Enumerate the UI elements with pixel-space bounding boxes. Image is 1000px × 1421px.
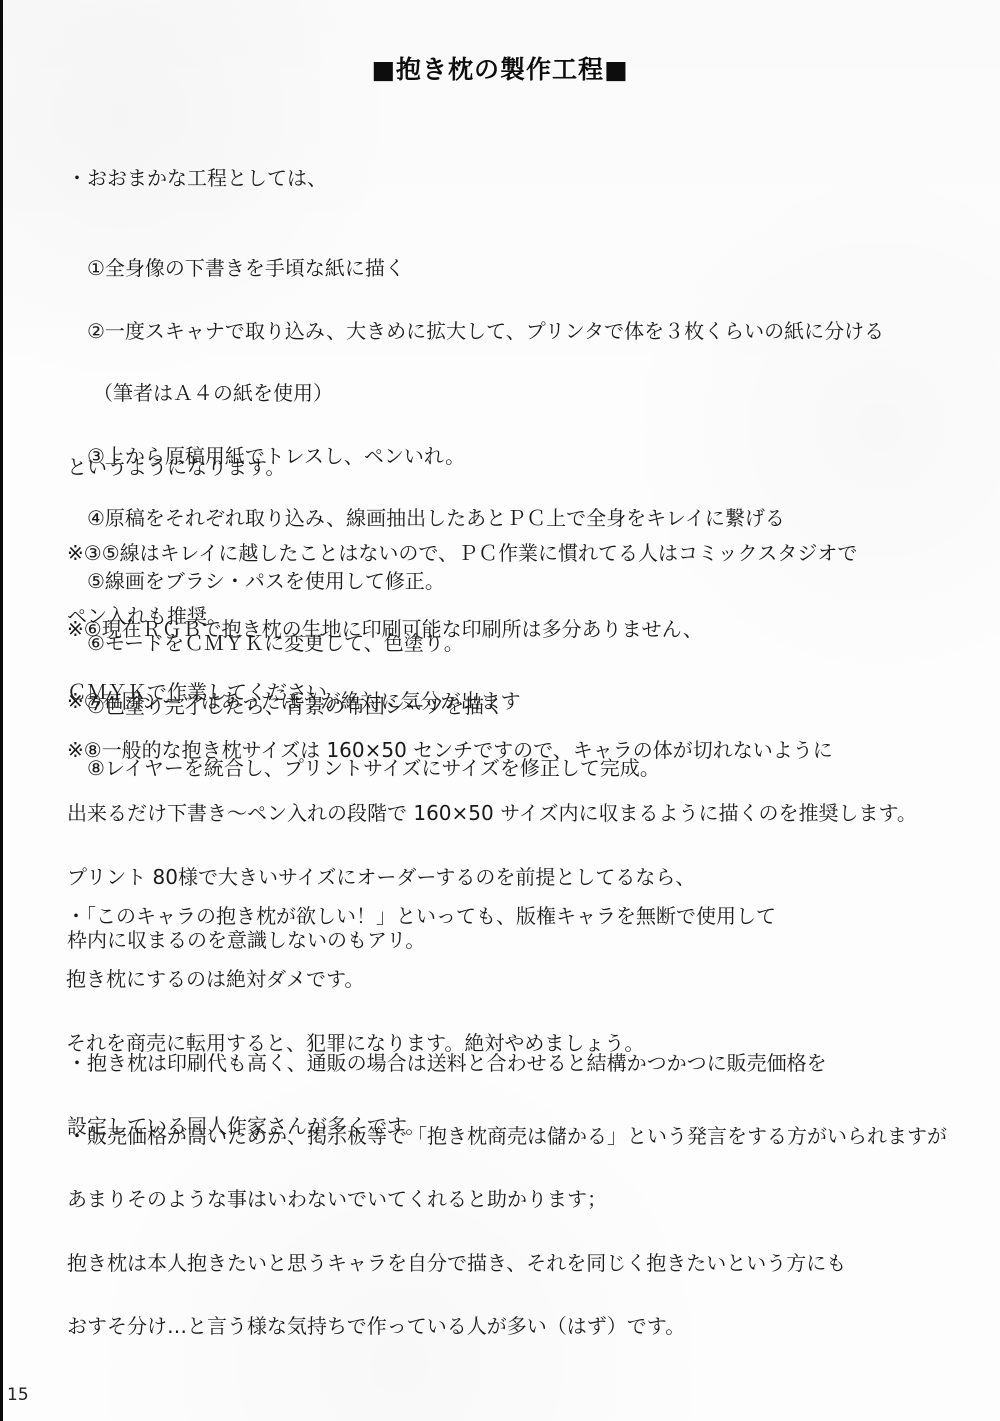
note-line: ※⑧一般的な抱き枕サイズは 160×50 センチですので、キャラの体が切れないよ… (67, 738, 917, 763)
outro-line: というようになります。 (67, 455, 285, 480)
step-item-2-note: （筆者はＡ４の紙を使用） (87, 381, 884, 406)
remark-line: 抱き枕は本人抱きたいと思うキャラを自分で描き、それを同じく抱きたいという方にも (67, 1251, 947, 1276)
note-line: ※⑥現在ＲＧＢで抱き枕の生地に印刷可能な印刷所は多分ありません、 (67, 617, 703, 642)
remark-business: ・販売価格が高いためか、掲示板等で「抱き枕商売は儲かる」という発言をする方がいら… (67, 1086, 947, 1359)
note-line: 出来るだけ下書き〜ペン入れの段階で 160×50 サイズ内に収まるように描くのを… (67, 801, 917, 826)
remark-line: ・販売価格が高いためか、掲示板等で「抱き枕商売は儲かる」という発言をする方がいら… (67, 1124, 947, 1149)
remark-line: あまりそのような事はいわないでいてくれると助かります； (67, 1187, 947, 1212)
remark-line: ・「このキャラの抱き枕が欲しい！」といっても、版権キャラを無断で使用して (66, 904, 776, 929)
scan-edge-artifact (0, 0, 3, 1421)
intro-line: ・おおまかな工程としては、 (67, 166, 327, 191)
step-item-2: ②一度スキャナで取り込み、大きめに拡大して、プリンタで体を３枚くらいの紙に分ける (87, 319, 884, 344)
remark-line: おすそ分け…と言う様な気持ちで作っている人が多い（はず）です。 (67, 1314, 947, 1339)
step-item-1: ①全身像の下書きを手頃な紙に描く (87, 256, 884, 281)
note-line: ※③⑤線はキレイに越したことはないので、ＰＣ作業に慣れてる人はコミックスタジオで (67, 541, 857, 566)
remark-line: 抱き枕にするのは絶対ダメです。 (66, 967, 776, 992)
page-number: 15 (7, 1385, 29, 1405)
remark-line: ・抱き枕は印刷代も高く、通販の場合は送料と合わせると結構かつかつに販売価格を (67, 1051, 827, 1076)
page-title: ■抱き枕の製作工程■ (0, 50, 1000, 86)
